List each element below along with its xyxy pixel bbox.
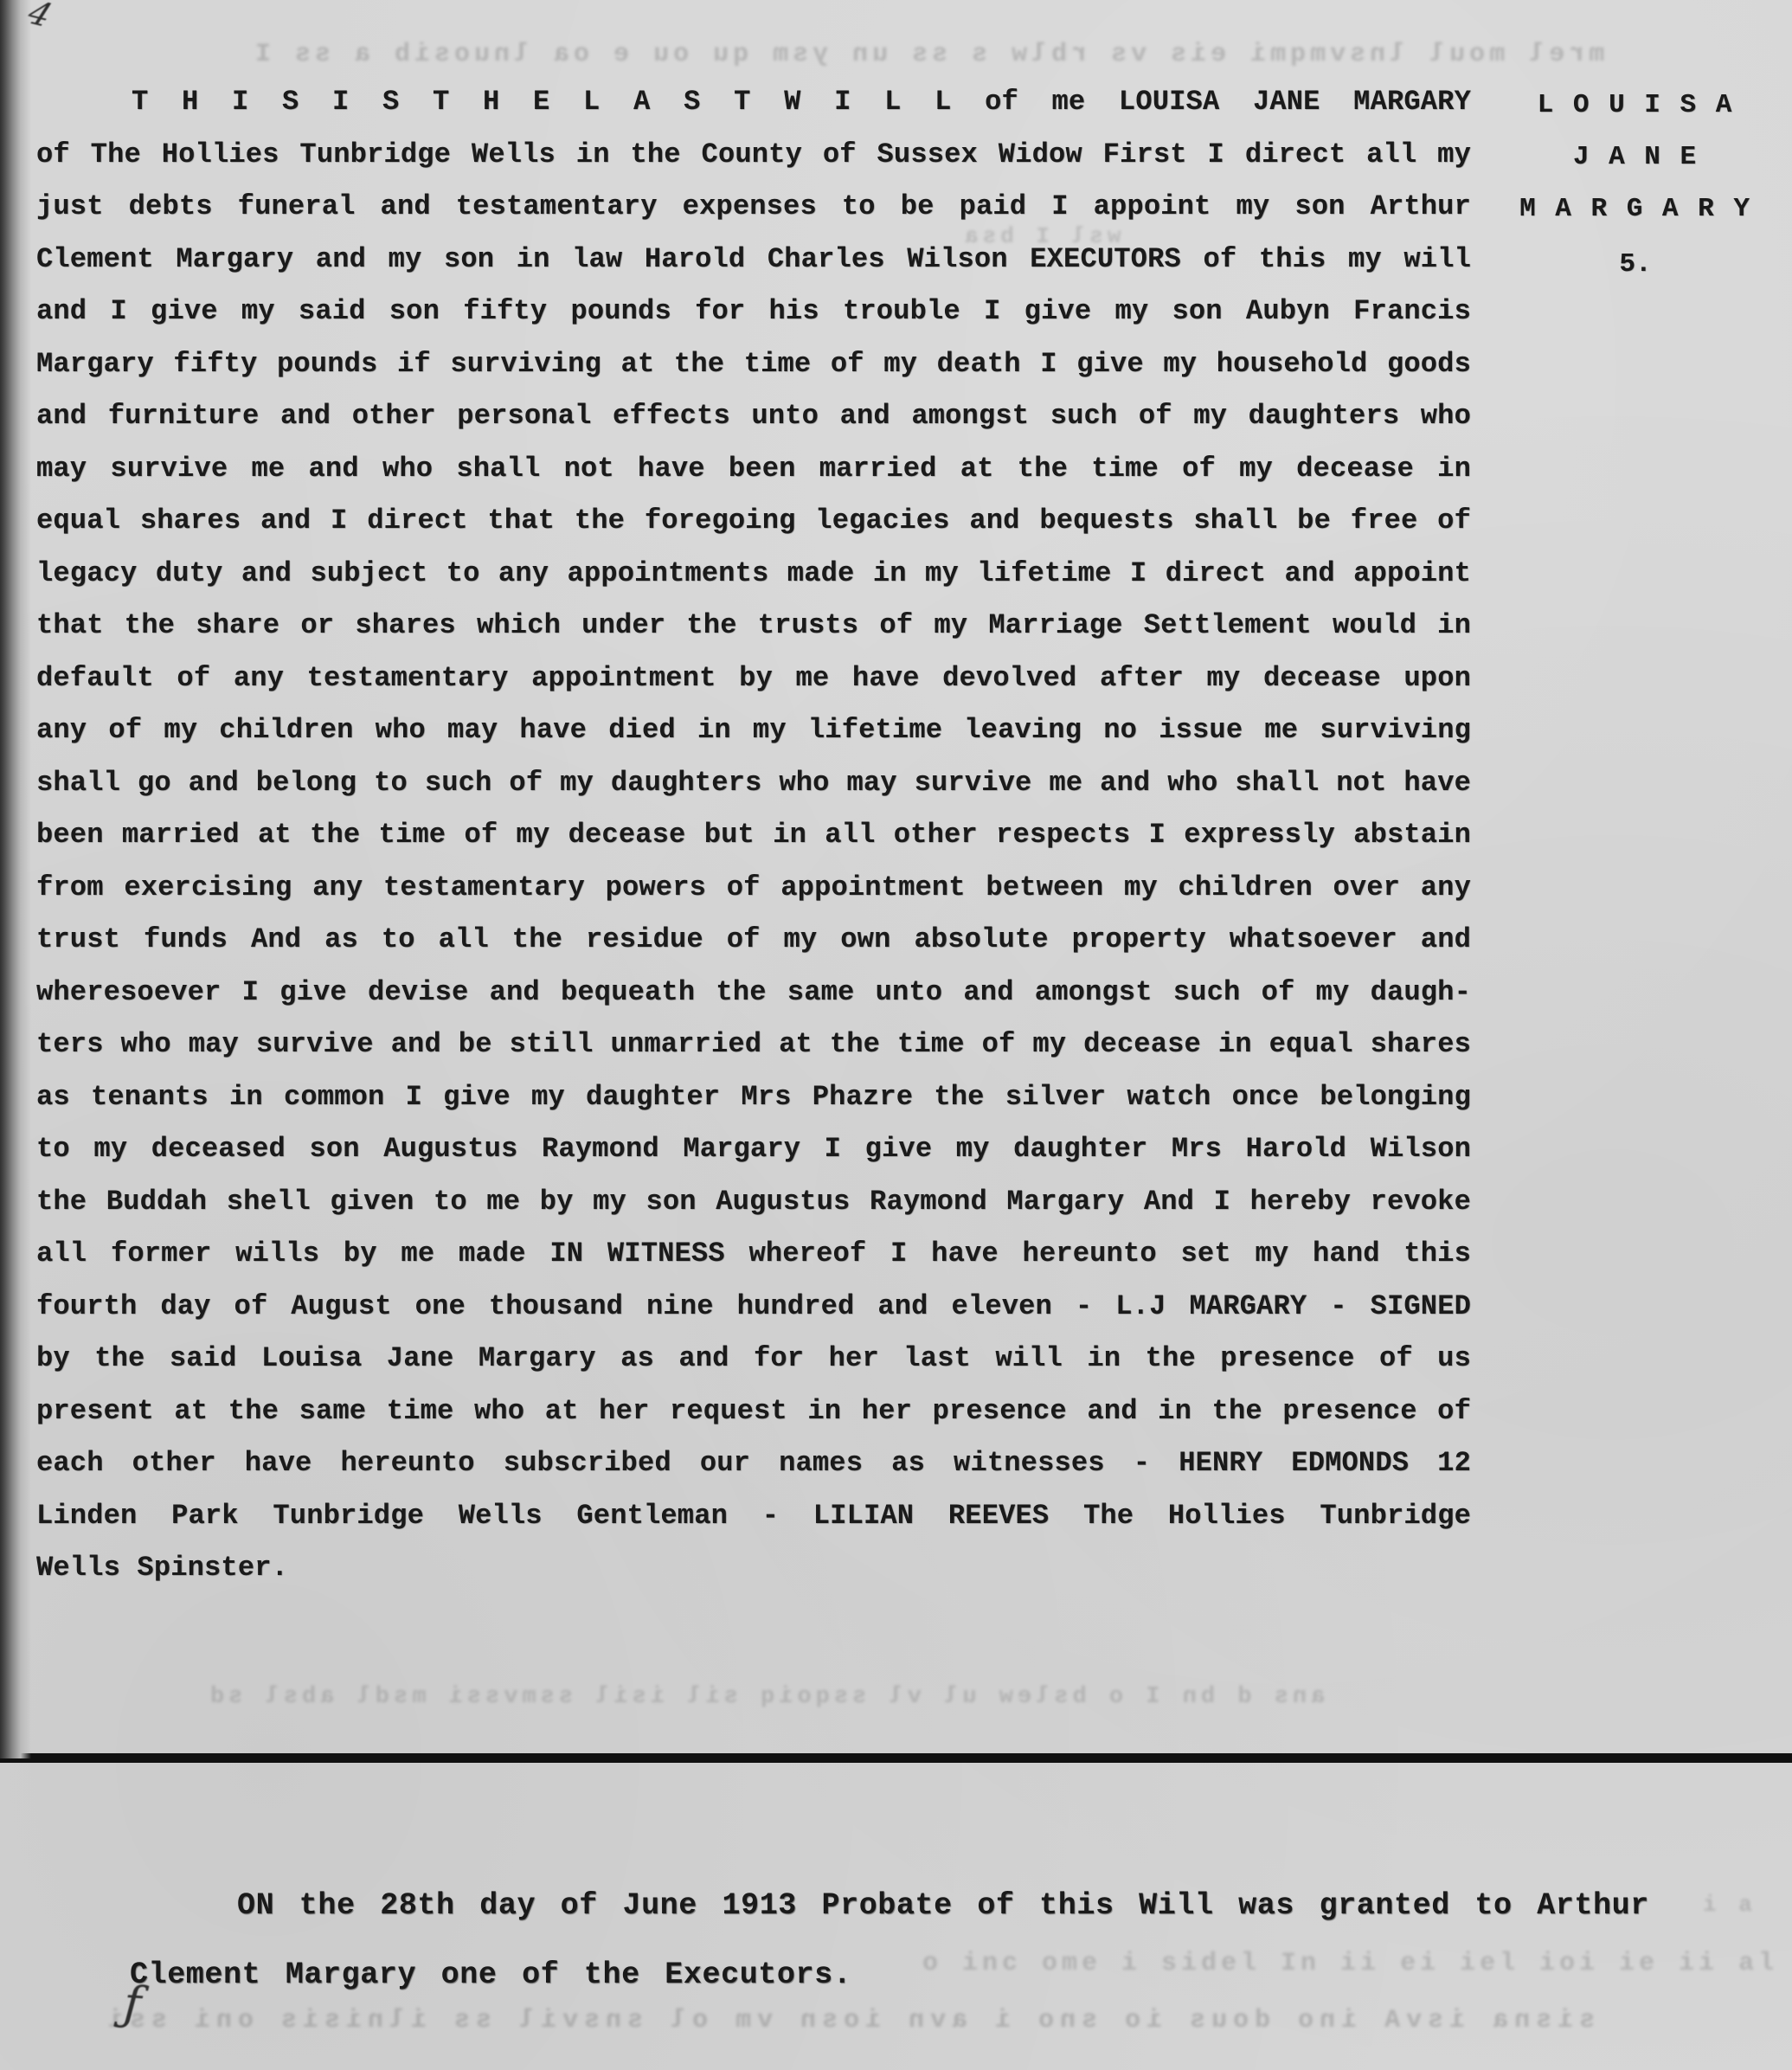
- will-line: Margary fifty pounds if surviving at the…: [36, 338, 1471, 391]
- will-line: each other have hereunto subscribed our …: [36, 1437, 1471, 1490]
- will-line: Linden Park Tunbridge Wells Gentleman - …: [36, 1490, 1471, 1543]
- will-line: legacy duty and subject to any appointme…: [36, 548, 1471, 601]
- will-line: to my deceased son Augustus Raymond Marg…: [36, 1123, 1471, 1176]
- will-line: default of any testamentary appointment …: [36, 652, 1471, 705]
- will-line: as tenants in common I give my daughter …: [36, 1071, 1471, 1124]
- will-line: the Buddah shell given to me by my son A…: [36, 1176, 1471, 1229]
- will-line: by the said Louisa Jane Margary as and f…: [36, 1333, 1471, 1385]
- will-line: Clement Margary and my son in law Harold…: [36, 234, 1471, 286]
- will-line: Wells Spinster.: [36, 1542, 1471, 1595]
- handwritten-mark: 4: [22, 0, 57, 35]
- will-line: may survive me and who shall not have be…: [36, 443, 1471, 496]
- will-line: any of my children who may have died in …: [36, 704, 1471, 757]
- will-line: been married at the time of my decease b…: [36, 809, 1471, 862]
- bleedthrough-line: ans d bn I o bslew ul vl ssqoiq sil isil…: [206, 1684, 1325, 1710]
- will-line: and I give my said son fifty pounds for …: [36, 286, 1471, 338]
- will-line: T H I S I S T H E L A S T W I L L of me …: [36, 76, 1471, 129]
- probate-line: Clement Margary one of the Executors.: [130, 1940, 1731, 2009]
- will-line: from exercising any testamentary powers …: [36, 862, 1471, 915]
- will-line: just debts funeral and testamentary expe…: [36, 181, 1471, 234]
- bleedthrough-line: sisna isvA ino dous io sno i avn iosn vm…: [102, 2006, 1595, 2035]
- page-number: 5.: [1513, 239, 1758, 291]
- will-text-block: T H I S I S T H E L A S T W I L L of me …: [36, 76, 1471, 1595]
- margin-note: L O U I S A J A N E M A R G A R Y 5.: [1513, 80, 1758, 291]
- page-divider-rule: [0, 1753, 1792, 1763]
- will-line: that the share or shares which under the…: [36, 600, 1471, 652]
- document-page: mrel moul lnsvmqmi eis vs rblw s ss un y…: [0, 0, 1792, 2070]
- bleedthrough-line: mrel moul lnsvmqmi eis vs rblw s ss un y…: [251, 40, 1604, 69]
- scan-edge-shadow: [0, 0, 31, 1758]
- will-line: shall go and belong to such of my daught…: [36, 757, 1471, 810]
- margin-note-line: M A R G A R Y: [1513, 183, 1758, 235]
- will-line: equal shares and I direct that the foreg…: [36, 495, 1471, 548]
- margin-note-line: J A N E: [1513, 132, 1758, 183]
- will-line: fourth day of August one thousand nine h…: [36, 1281, 1471, 1334]
- will-line: trust funds And as to all the residue of…: [36, 914, 1471, 967]
- probate-line: ON the 28th day of June 1913 Probate of …: [130, 1871, 1731, 1940]
- margin-note-line: L O U I S A: [1513, 80, 1758, 132]
- will-line: ters who may survive and be still unmarr…: [36, 1019, 1471, 1071]
- probate-note: ON the 28th day of June 1913 Probate of …: [130, 1871, 1731, 2009]
- will-line: of The Hollies Tunbridge Wells in the Co…: [36, 129, 1471, 182]
- will-line: all former wills by me made IN WITNESS w…: [36, 1228, 1471, 1281]
- will-line: and furniture and other personal effects…: [36, 390, 1471, 443]
- will-line: wheresoever I give devise and bequeath t…: [36, 967, 1471, 1019]
- will-line: present at the same time who at her requ…: [36, 1385, 1471, 1438]
